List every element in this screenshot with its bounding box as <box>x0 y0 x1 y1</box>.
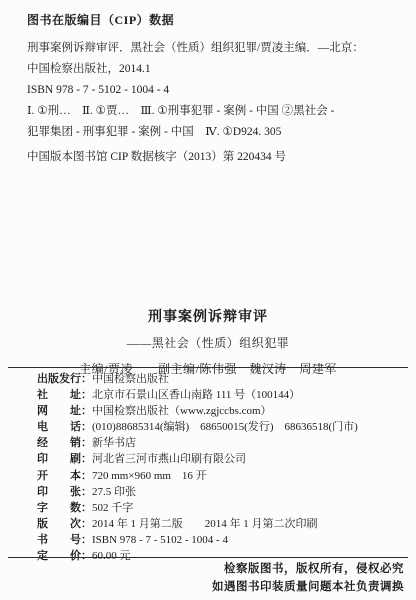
pub-row-isbn: 书 号： ISBN 978 - 7 - 5102 - 1004 - 4 <box>37 532 408 548</box>
book-title: 刑事案例诉辩审评 <box>0 306 416 326</box>
pub-row-printer: 印 刷： 河北省三河市燕山印刷有限公司 <box>37 451 408 467</box>
cip-heading: 图书在版编目（CIP）数据 <box>27 10 398 31</box>
pub-row-label: 社 址： <box>37 387 92 403</box>
pub-row-format: 开 本： 720 mm×960 mm 16 开 <box>37 468 408 484</box>
pub-row-label: 印 张： <box>37 484 92 500</box>
pub-row-value: 中国检察出版社 <box>92 371 408 387</box>
divider-bottom <box>8 557 408 558</box>
pub-row-value: 2014 年 1 月第二版 2014 年 1 月第二次印刷 <box>92 516 408 532</box>
pub-row-label: 出版发行： <box>37 371 92 387</box>
pub-row-address: 社 址： 北京市石景山区香山南路 111 号（100144） <box>37 387 408 403</box>
pub-row-sheets: 印 张： 27.5 印张 <box>37 484 408 500</box>
pub-row-label: 电 话： <box>37 419 92 435</box>
pub-row-value: 502 千字 <box>92 500 408 516</box>
pub-row-value: 中国检察出版社（www.zgjccbs.com） <box>92 403 408 419</box>
pub-row-label: 版 次： <box>37 516 92 532</box>
cip-classification-line: Ⅰ. ①刑… Ⅱ. ①贾… Ⅲ. ①刑事犯罪 - 案例 - 中国 ②黑社会 - <box>27 101 398 122</box>
pub-row-label: 书 号： <box>37 532 92 548</box>
pub-row-value: 720 mm×960 mm 16 开 <box>92 468 408 484</box>
pub-row-publisher: 出版发行： 中国检察出版社 <box>37 371 408 387</box>
footer-notices: 检察版图书，版权所有，侵权必究 如遇图书印装质量问题本社负责调换 <box>0 561 404 596</box>
pub-row-label: 经 销： <box>37 435 92 451</box>
pub-row-value: (010)88685314(编辑) 68650015(发行) 68636518(… <box>92 419 408 435</box>
cip-record-line: 刑事案例诉辩审评．黑社会（性质）组织犯罪/贾凌主编．—北京： <box>27 38 398 59</box>
pub-row-website: 网 址： 中国检察出版社（www.zgjccbs.com） <box>37 403 408 419</box>
cip-registry-line: 中国版本图书馆 CIP 数据核字（2013）第 220434 号 <box>27 147 398 168</box>
pub-row-value: 新华书店 <box>92 435 408 451</box>
publication-info-list: 出版发行： 中国检察出版社 社 址： 北京市石景山区香山南路 111 号（100… <box>37 371 408 564</box>
pub-row-label: 开 本： <box>37 468 92 484</box>
cip-block: 图书在版编目（CIP）数据 刑事案例诉辩审评．黑社会（性质）组织犯罪/贾凌主编．… <box>27 10 398 168</box>
pub-row-value: ISBN 978 - 7 - 5102 - 1004 - 4 <box>92 532 408 548</box>
pub-row-label: 印 刷： <box>37 451 92 467</box>
pub-row-label: 字 数： <box>37 500 92 516</box>
copyright-page: 图书在版编目（CIP）数据 刑事案例诉辩审评．黑社会（性质）组织犯罪/贾凌主编．… <box>0 0 416 600</box>
cip-record-line: 中国检察出版社，2014.1 <box>27 59 398 80</box>
cip-classification-line: 犯罪集团 - 刑事犯罪 - 案例 - 中国 Ⅳ. ①D924. 305 <box>27 122 398 143</box>
copyright-notice: 检察版图书，版权所有，侵权必究 <box>0 561 404 579</box>
pub-row-wordcount: 字 数： 502 千字 <box>37 500 408 516</box>
pub-row-value: 河北省三河市燕山印刷有限公司 <box>92 451 408 467</box>
divider-top <box>8 367 408 368</box>
book-subtitle: ——黑社会（性质）组织犯罪 <box>0 334 416 351</box>
pub-row-value: 北京市石景山区香山南路 111 号（100144） <box>92 387 408 403</box>
pub-row-label: 网 址： <box>37 403 92 419</box>
pub-row-phone: 电 话： (010)88685314(编辑) 68650015(发行) 6863… <box>37 419 408 435</box>
pub-row-value: 27.5 印张 <box>92 484 408 500</box>
quality-notice: 如遇图书印装质量问题本社负责调换 <box>0 579 404 597</box>
pub-row-distributor: 经 销： 新华书店 <box>37 435 408 451</box>
pub-row-edition: 版 次： 2014 年 1 月第二版 2014 年 1 月第二次印刷 <box>37 516 408 532</box>
cip-isbn-line: ISBN 978 - 7 - 5102 - 1004 - 4 <box>27 80 398 101</box>
